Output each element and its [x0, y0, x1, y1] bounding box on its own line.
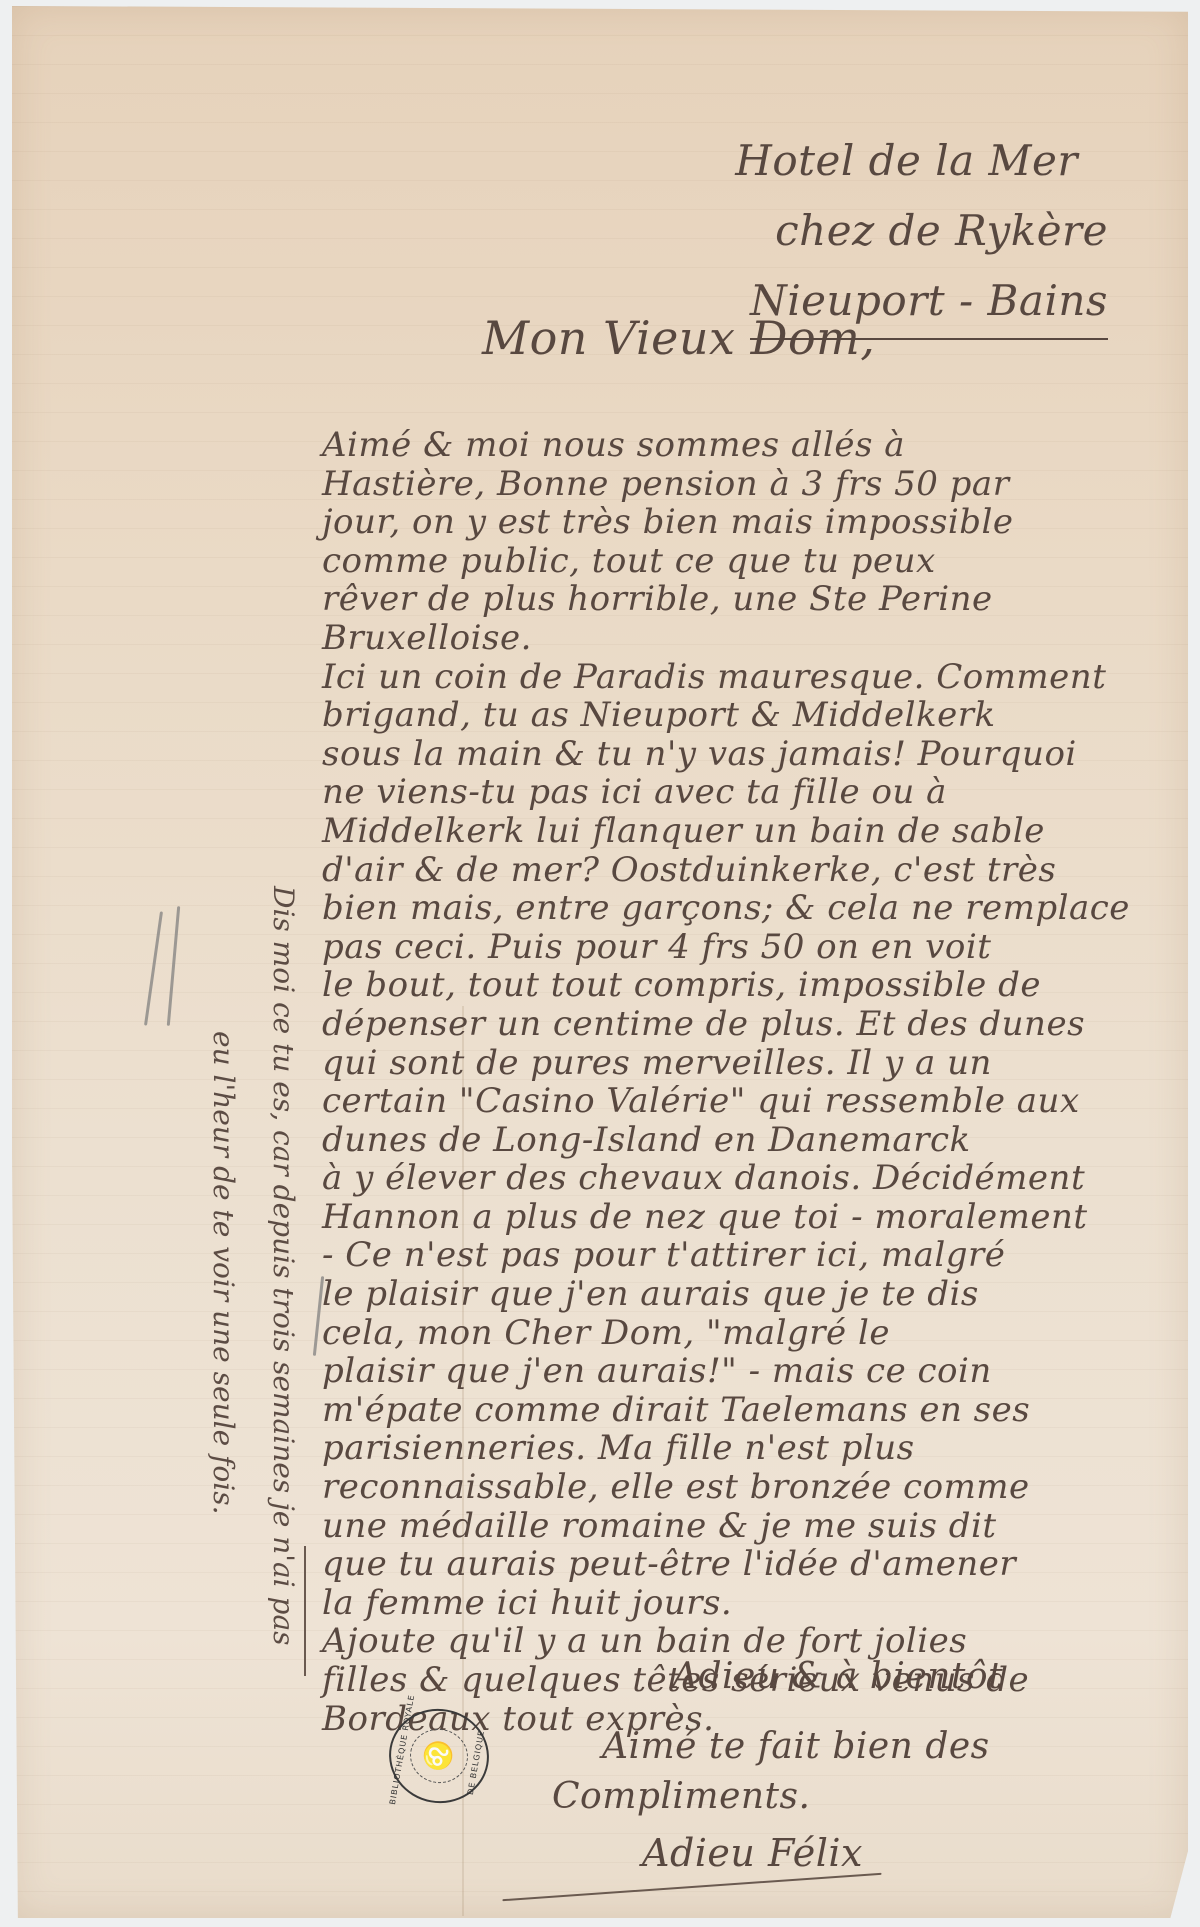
body-line: m'épate comme dirait Taelemans en ses [322, 1391, 1130, 1430]
lion-emblem-icon: ♌ [406, 1724, 472, 1787]
body-line: parisienneries. Ma fille n'est plus [322, 1429, 1130, 1468]
body-line: une médaille romaine & je me suis dit [322, 1507, 1130, 1546]
body-line: dunes de Long-Island en Danemarck [322, 1121, 1130, 1160]
signature-flourish [502, 1873, 881, 1902]
body-line: reconnaissable, elle est bronzée comme [322, 1468, 1130, 1507]
margin-note-inner: eu l'heur de te voir une seule fois. [207, 1031, 240, 1515]
body-line: pas ceci. Puis pour 4 frs 50 on en voit [322, 928, 1130, 967]
body-line: bien mais, entre garçons; & cela ne remp… [322, 889, 1130, 928]
body-line: que tu aurais peut-être l'idée d'amener [322, 1545, 1130, 1584]
body-line: Hastière, Bonne pension à 3 frs 50 par [322, 465, 1130, 504]
body-line: dépenser un centime de plus. Et des dune… [322, 1005, 1130, 1044]
body-line: à y élever des chevaux danois. Décidémen… [322, 1159, 1130, 1198]
body-line: Bruxelloise. [322, 619, 1130, 658]
closing-farewell: Adieu & à bientôt [672, 1656, 1003, 1697]
body-line: certain "Casino Valérie" qui ressemble a… [322, 1082, 1130, 1121]
body-line: plaisir que j'en aurais!" - mais ce coin [322, 1352, 1130, 1391]
salutation: Mon Vieux Dom, [482, 311, 875, 365]
closing-compliments-word: Compliments. [552, 1776, 810, 1817]
letter-body: Aimé & moi nous sommes allés à Hastière,… [322, 426, 1130, 1738]
body-line: brigand, tu as Nieuport & Middelkerk [322, 696, 1130, 735]
body-line: la femme ici huit jours. [322, 1584, 1130, 1623]
body-line: - Ce n'est pas pour t'attirer ici, malgr… [322, 1236, 1130, 1275]
address-line-hotel: Hotel de la Mer [735, 126, 1078, 196]
body-line: Middelkerk lui flanquer un bain de sable [322, 812, 1130, 851]
signature: Adieu Félix [642, 1831, 863, 1875]
letter-paper: Hotel de la Mer chez de Rykère Nieuport … [12, 6, 1188, 1918]
body-line: le plaisir que j'en aurais que je te dis [322, 1275, 1130, 1314]
letterhead-address: Hotel de la Mer chez de Rykère Nieuport … [735, 126, 1108, 340]
body-line: d'air & de mer? Oostduinkerke, c'est trè… [322, 851, 1130, 890]
closing-compliments-line: Aimé te fait bien des [602, 1726, 990, 1767]
body-line: cela, mon Cher Dom, "malgré le [322, 1314, 1130, 1353]
margin-bracket-line [304, 1546, 306, 1676]
pencil-mark [144, 911, 163, 1025]
body-line: comme public, tout ce que tu peux [322, 542, 1130, 581]
margin-note-outer: Dis moi ce tu es, car depuis trois semai… [267, 886, 300, 1646]
body-line: sous la main & tu n'y vas jamais! Pourqu… [322, 735, 1130, 774]
body-line: rêver de plus horrible, une Ste Perine [322, 580, 1130, 619]
body-line: le bout, tout tout compris, impossible d… [322, 966, 1130, 1005]
body-line: Ici un coin de Paradis mauresque. Commen… [322, 658, 1130, 697]
body-line: Hannon a plus de nez que toi - moralemen… [322, 1198, 1130, 1237]
body-line: Aimé & moi nous sommes allés à [322, 426, 1130, 465]
body-line: qui sont de pures merveilles. Il y a un [322, 1044, 1130, 1083]
body-line: jour, on y est très bien mais impossible [322, 503, 1130, 542]
pencil-mark [167, 906, 180, 1026]
body-line: ne viens-tu pas ici avec ta fille ou à [322, 773, 1130, 812]
stamp-text-bottom: DE BELGIQUE [466, 1729, 486, 1795]
address-line-host: chez de Rykère [735, 196, 1108, 266]
